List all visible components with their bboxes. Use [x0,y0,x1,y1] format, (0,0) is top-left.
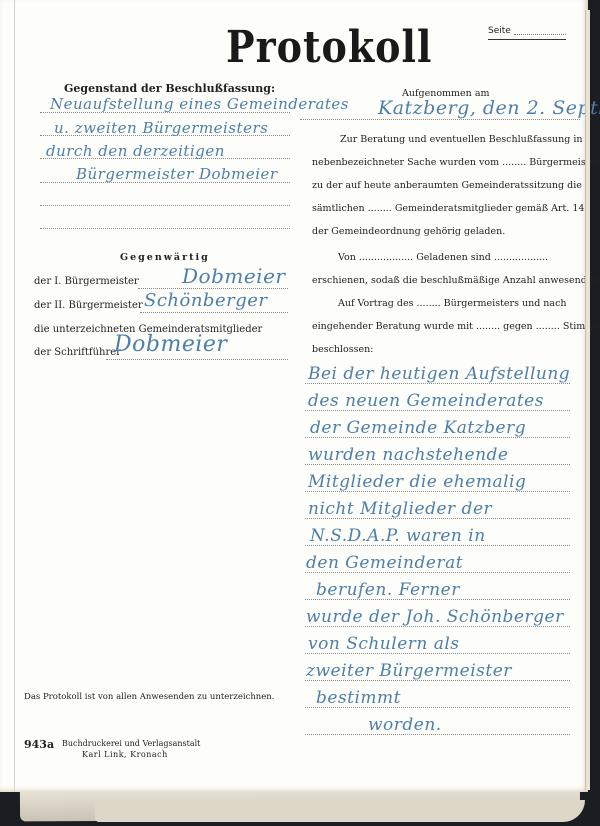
resolution-text-line: des neuen Gemeinderates [308,391,544,411]
present-heading: Gegenwärtig [120,252,210,263]
secretary-label: der Schriftführer [34,347,121,358]
subject-text-line: Neuaufstellung eines Gemeinderates [50,95,349,113]
printed-paragraph: beschlossen: [312,344,373,355]
subject-text-line: durch den derzeitigen [46,142,225,160]
printed-paragraph: erschienen, sodaß die beschlußmäßige Anz… [312,275,600,286]
page-number-field [514,34,566,35]
secretary-value: Dobmeier [114,332,227,357]
second-mayor-value: Schönberger [144,290,268,311]
page-number-underline [488,39,566,40]
form-number: 943a [24,738,54,751]
resolution-text-line: bestimmt [316,688,401,708]
secretary-line [106,359,288,360]
printed-paragraph: der Gemeindeordnung gehörig geladen. [312,226,505,237]
resolution-text-line: Mitglieder die ehemalig [308,472,526,492]
subject-text-line: u. zweiten Bürgermeisters [54,119,268,137]
printed-paragraph: Zur Beratung und eventuellen Beschlußfas… [340,134,583,145]
second-mayor-line [140,312,288,313]
recorded-place-date: Katzberg, den 2. Septbr. 45. [378,97,600,119]
subject-heading: Gegenstand der Beschlußfassung: [64,82,275,95]
printer-name: Buchdruckerei und Verlagsanstalt [62,739,200,748]
resolution-text-line: worden. [368,715,442,735]
resolution-text-line: berufen. Ferner [316,580,460,600]
underlying-pages-curl [95,800,585,822]
resolution-text-line: zweiter Bürgermeister [306,661,512,681]
second-mayor-label: der II. Bürgermeister [34,300,143,311]
first-mayor-value: Dobmeier [182,264,285,288]
resolution-text-line: wurde der Joh. Schönberger [306,607,564,627]
resolution-text-line: den Gemeinderat [306,553,463,573]
subject-line-6 [40,228,290,229]
resolution-text-line: N.S.D.A.P. waren in [310,526,486,546]
subject-line-5 [40,205,290,206]
printer-location: Karl Link, Kronach [82,750,168,759]
signature-note: Das Protokoll ist von allen Anwesenden z… [24,692,274,702]
resolution-text-line: nicht Mitglieder der [308,499,492,519]
printed-paragraph: zu der auf heute anberaumten Gemeinderat… [312,180,582,191]
resolution-text-line: von Schulern als [308,634,460,654]
printed-paragraph: Von .................. Geladenen sind ..… [338,252,548,263]
resolution-text-line: der Gemeinde Katzberg [310,418,526,438]
protocol-page: Protokoll Seite Gegenstand der Beschlußf… [0,0,588,792]
printed-paragraph: sämtlichen ........ Gemeinderatsmitglied… [312,203,590,214]
page-edge [585,10,590,790]
first-mayor-line [138,288,288,289]
resolution-text-line: wurden nachstehende [308,445,509,465]
page-number-label: Seite [488,26,511,36]
recorded-line [300,119,580,120]
subject-text-line: Bürgermeister Dobmeier [76,165,278,183]
page-title: Protokoll [226,21,432,73]
binding-fold [14,0,15,792]
printed-paragraph: eingehender Beratung wurde mit ........ … [312,321,600,332]
resolution-text-line: Bei der heutigen Aufstellung [308,364,570,384]
printed-paragraph: Auf Vortrag des ........ Bürgermeisters … [338,298,567,309]
printed-paragraph: nebenbezeichneter Sache wurden vom .....… [312,157,600,168]
first-mayor-label: der I. Bürgermeister [34,276,139,287]
